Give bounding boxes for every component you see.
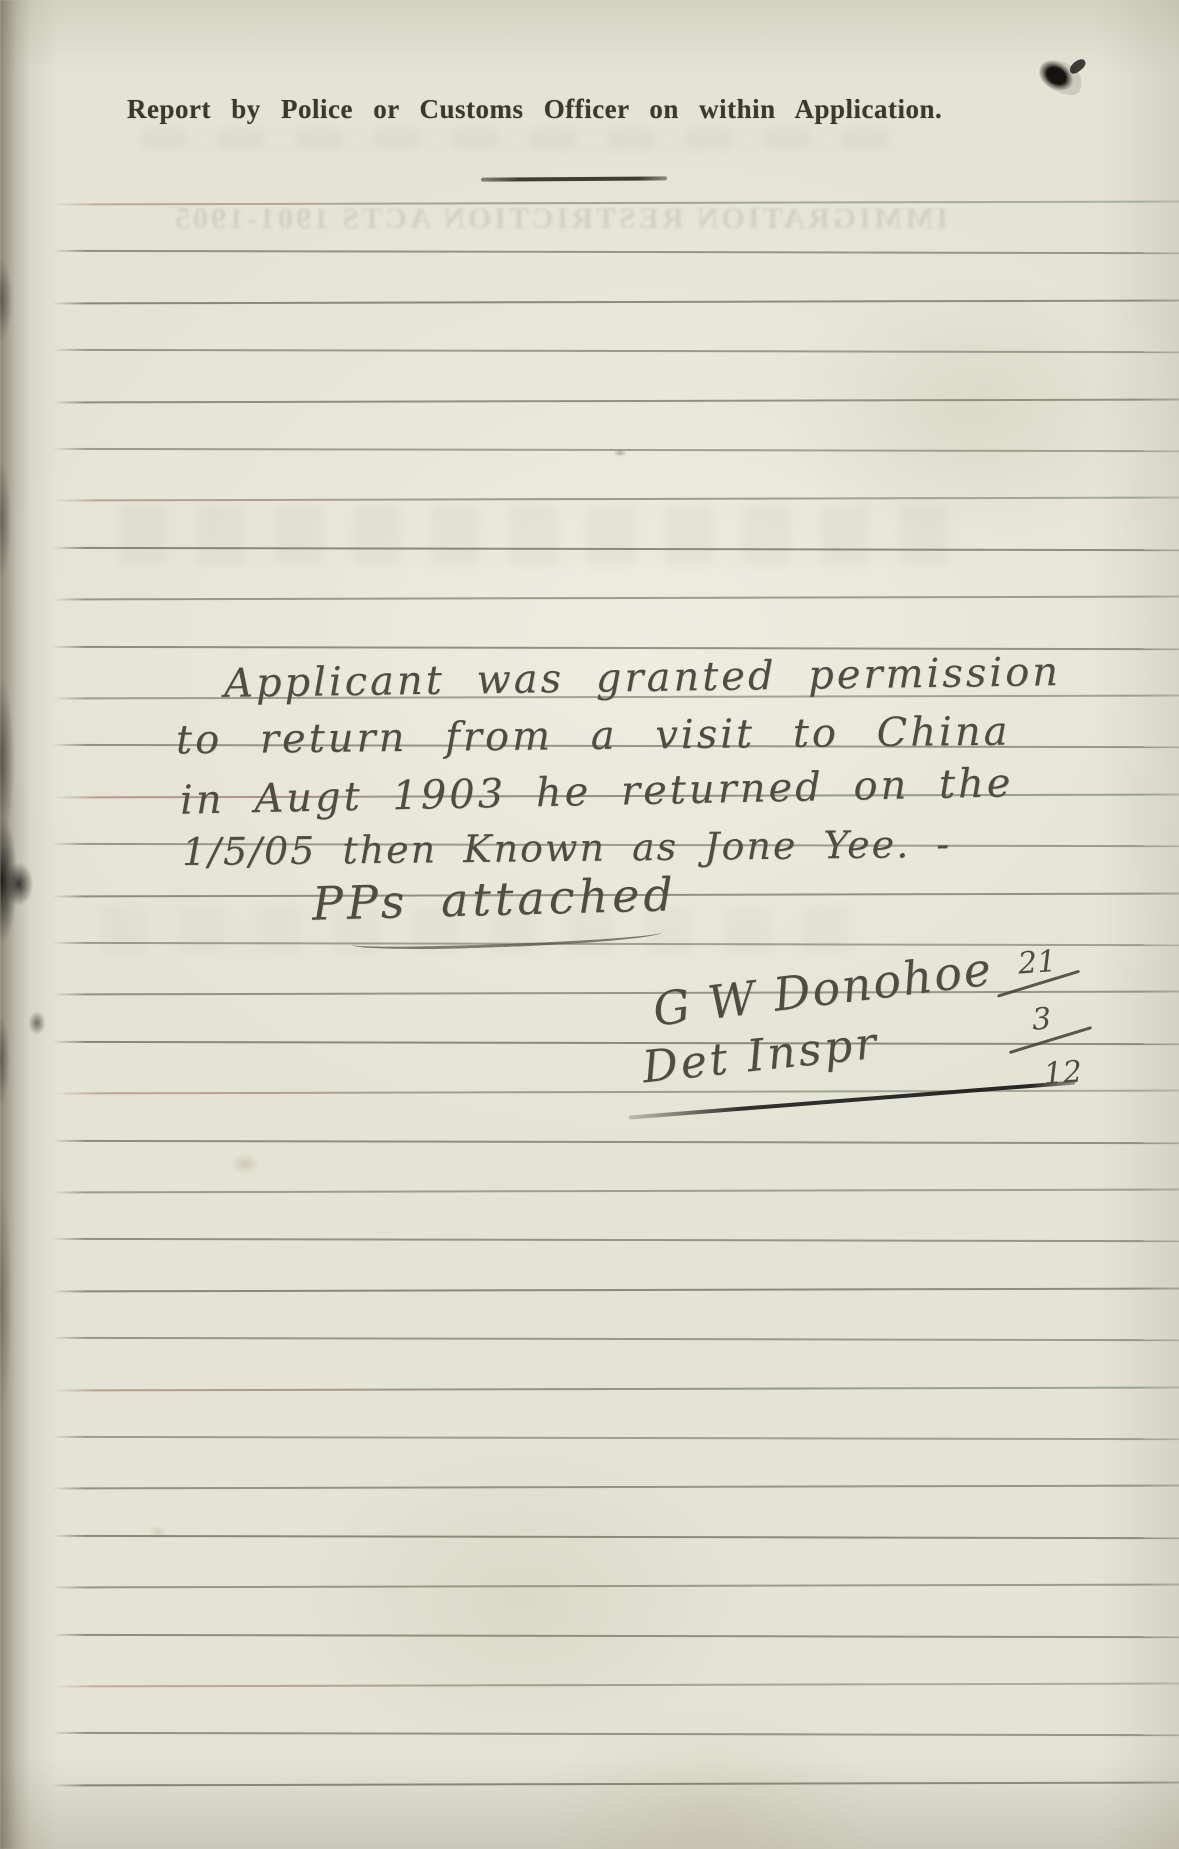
bleed-through-text: IMMIGRATION RESTRICTION ACTS 1901-1905 [150, 202, 970, 236]
ruled-line [52, 1387, 1179, 1392]
date-day: 21 [1017, 944, 1095, 979]
bleed-through-smudge [120, 505, 960, 565]
page-title: Report by Police or Customs Officer on w… [127, 94, 912, 125]
handwriting-line-5: PPs attached [311, 867, 677, 931]
title-underline [481, 176, 667, 181]
stains-overlay [0, 0, 1179, 1849]
bleed-through-smudge [140, 128, 900, 150]
ruled-line [52, 1288, 1179, 1293]
date-year: 12 [1043, 1056, 1103, 1090]
ruled-line [52, 250, 1179, 254]
ruled-line [52, 942, 1179, 946]
handwriting-line-2: to return from a visit to China [176, 709, 1011, 764]
ruled-line [52, 1485, 1179, 1490]
handwriting-line-3: in Augt 1903 he returned on the [180, 760, 1014, 823]
ruled-line [52, 1238, 1179, 1242]
ruled-line [52, 300, 1179, 305]
ruled-line [52, 1189, 1179, 1194]
paper-page: IMMIGRATION RESTRICTION ACTS 1901-1905 R… [0, 0, 1179, 1849]
date-month: 3 [1031, 1001, 1099, 1036]
ruled-line [52, 1683, 1179, 1688]
ruled-line [52, 1436, 1179, 1440]
ruled-line [52, 1584, 1179, 1589]
ruled-line [52, 1337, 1179, 1341]
handwriting-line-4: 1/5/05 then Known as Jone Yee. - [182, 822, 952, 874]
torn-binding-edge [0, 0, 30, 1849]
ruled-line [52, 547, 1179, 551]
ruled-line [52, 349, 1179, 353]
ruled-line [52, 1535, 1179, 1539]
ruled-line [52, 448, 1179, 452]
ruled-line [52, 596, 1179, 601]
ruled-line [52, 1782, 1179, 1787]
ruled-line [52, 1140, 1179, 1144]
ruled-line [52, 1634, 1179, 1638]
ruled-line [52, 497, 1179, 502]
ruled-line [52, 399, 1179, 404]
ink-blot [1034, 52, 1089, 102]
handwriting-flourish [352, 925, 662, 953]
signature-date: 21 3 12 [983, 944, 1103, 1093]
ruled-line [52, 1732, 1179, 1736]
handwriting-line-1: Applicant was granted permission [224, 649, 1062, 707]
